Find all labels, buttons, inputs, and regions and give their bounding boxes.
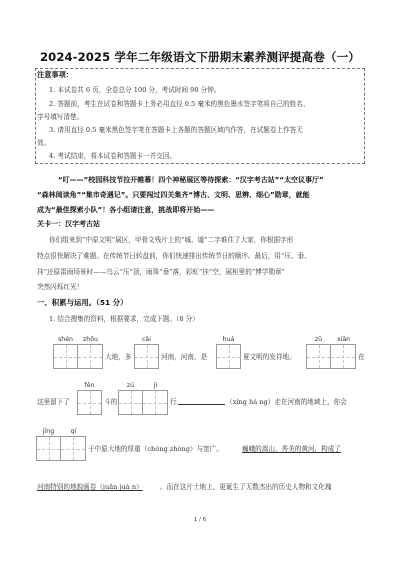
intro-line-1: “叮——”校园科技节拉开帷幕！四个神秘展区等待探索：“汉字考古站”“太空议事厅” [58,175,324,185]
answer-grid-qi[interactable] [61,436,86,461]
pinyin-cai: cǎi [134,336,159,343]
q1-text-1c: 夏文明的发祥地。 [243,351,296,361]
notice-item-1: 1. 本试卷共 6 页，全卷总分 100 分，考试时间 90 分钟。 [49,84,220,94]
q1-text-1a: 大地，多 [105,351,131,361]
q1-text-3a: 于中原大地的厚重（chóng zhòng）与宽广。 [88,443,223,453]
q1-text-3b-underlined: 巍峨的嵩山、秀美的黄河，构成了 [242,443,341,453]
q1-text-1b: 河南，河南，是 [161,351,207,361]
notice-item-4-visible: 4. 考试结束，将本试卷和答题卡一并交回。 [49,150,176,160]
answer-grid-xian[interactable] [331,344,356,369]
pinyin-zu2: zú [118,382,143,389]
notice-item-3-wrap: 效。 [37,137,50,147]
level-title: 关卡一：汉字考古站 [37,219,100,229]
question-one: 1. 结合搜集的资料，根据要求，完成下题。（8 分） [49,313,199,323]
intro-line-2: “森林阅读角”“集市奇遇记”。只要闯过四关集齐“博古、文明、思辨、细心”勋章，就… [37,190,310,200]
section-one-heading: 一、积累与运用。（51 分） [37,297,127,308]
answer-grid-zu[interactable] [306,344,331,369]
answer-grid-zhou[interactable] [78,344,103,369]
pinyin-xian: xiān [331,336,356,343]
q1-text-2c: 行 [170,396,177,406]
pinyin-shen: shén [53,336,78,343]
notice-item-2-cont: 学号填写清楚。 [37,111,83,121]
notice-item-3: 3. 请用直径 0.5 毫米黑色签字笔在答题卡上各题的答题区域内作答，在试题卷上… [49,124,303,134]
pinyin-ji: jì [143,382,168,389]
answer-grid-cai[interactable] [134,344,159,369]
notice-heading: 注意事项： [37,70,73,80]
answer-grid-jing[interactable] [36,436,61,461]
story-line-2: 特点很快解决了难题。在传统节日转盘前，你们快速排出传统节日的顺序。最后，用“压、… [37,250,311,260]
fill-blank-xinghang[interactable] [178,404,225,405]
pinyin-jing: jīng [36,428,61,435]
story-line-4: 突然闪烁红光！ [37,281,83,291]
q1-text-2d: （xíng há ng）走在河南的地域上，你会 [226,396,347,406]
pinyin-zu: zǔ [306,336,331,343]
exam-title: 2024-2025 学年二年级语文下册期末素养测评提高卷（一） [0,49,400,65]
pinyin-hua: huá [216,336,241,343]
q1-text-4b: 。而在这片土地上，更诞生了无数杰出的历史人物和文化瑰 [160,481,331,491]
q1-text-2a: 这里留下了 [37,396,70,406]
answer-grid-ji[interactable] [143,390,168,415]
answer-grid-fen[interactable] [77,390,102,415]
q1-text-1d: 在 [358,351,365,361]
pinyin-fen: fēn [77,382,102,389]
pinyin-qi: qí [61,428,86,435]
story-line-3: 挂”还原雷雨场景时——乌云“压”顶，雨珠“垂”落，彩虹“挂”空，展柜里的“博学勋… [37,266,285,276]
answer-grid-hua[interactable] [216,344,241,369]
intro-line-3: 成为“最佳探索小队”！各小组请注意，挑战即将开始—— [37,205,214,215]
page-number: 1 / 6 [0,517,400,523]
pinyin-zhou: zhōu [78,336,103,343]
notice-item-2: 2. 答题前，考生在试卷和答题卡上务必用直径 0.5 毫米的黑色墨水签字笔将自己… [49,98,309,108]
answer-grid-shen[interactable] [53,344,78,369]
q1-text-2b: 斗的 [104,396,117,406]
q1-text-4a-underlined: 河南特别的地貌画卷（juǎn juà n） [37,481,143,491]
story-line-1: 你们组来到“中原文明”展区，甲骨文残片上的“城、墟”二字难住了大家，你根据字形 [49,234,293,244]
answer-grid-zu2[interactable] [118,390,143,415]
